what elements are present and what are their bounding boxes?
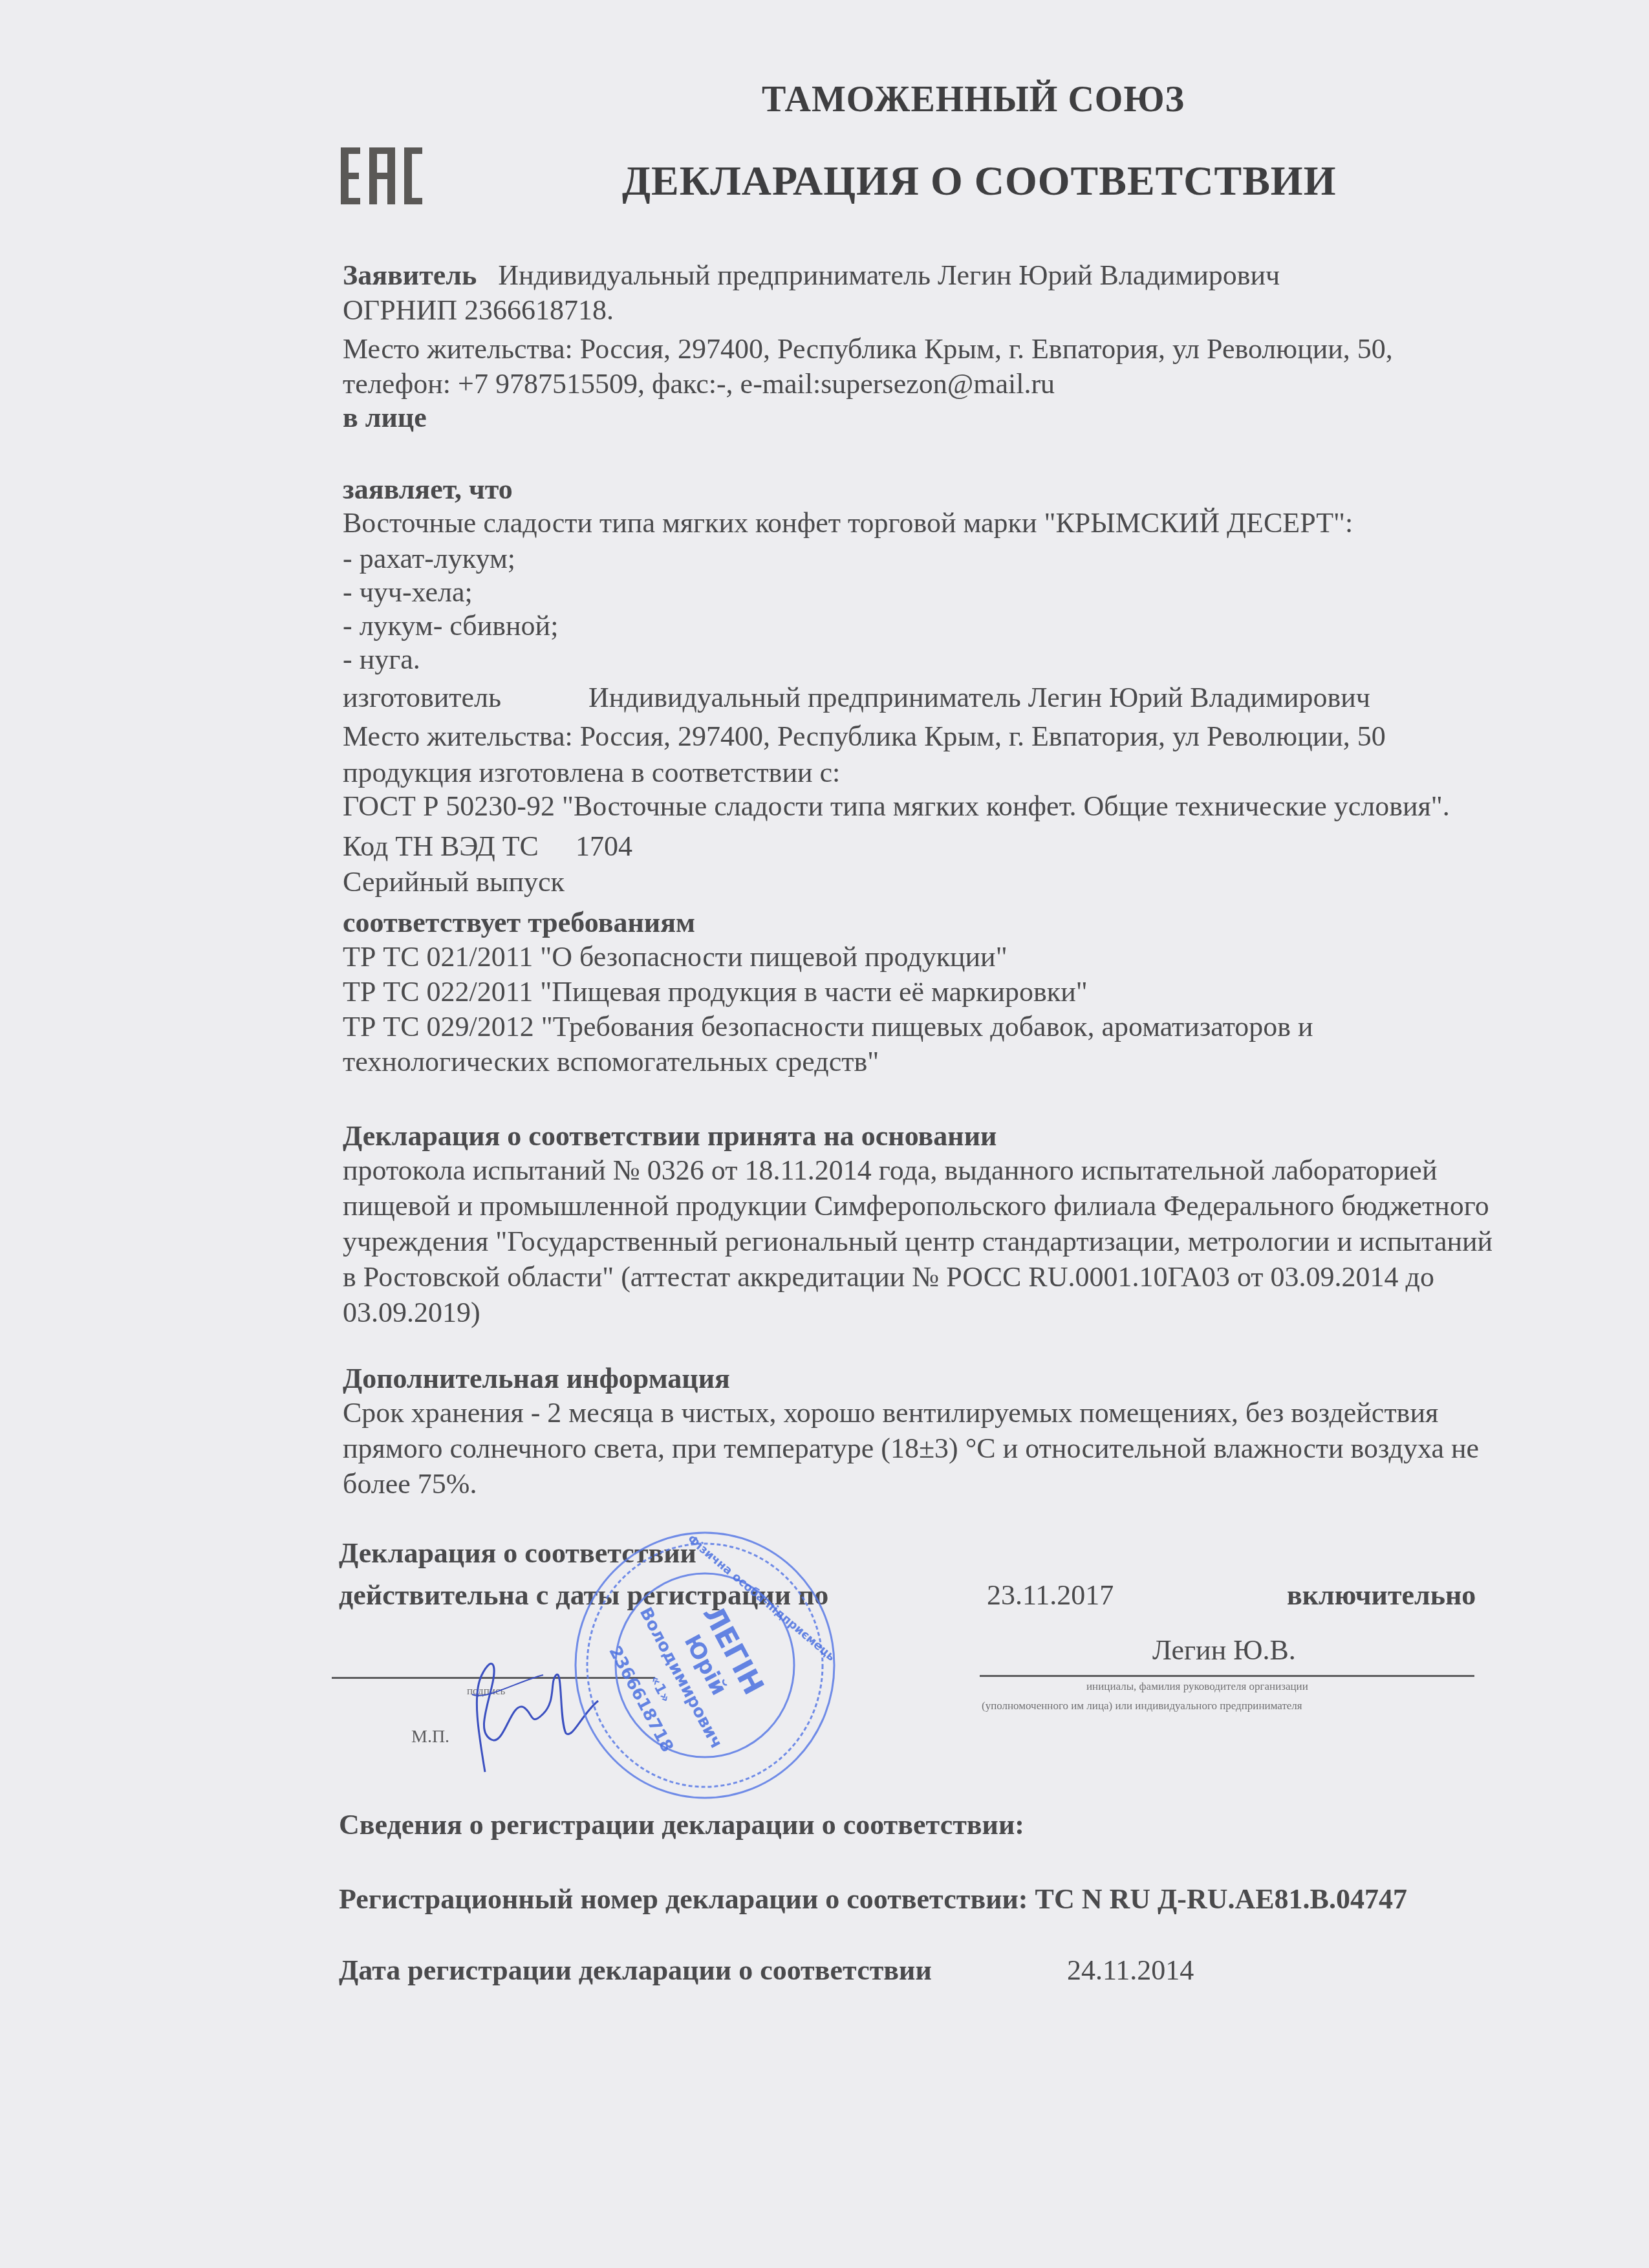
registration-number-label: Регистрационный номер декларации о соотв… bbox=[339, 1883, 1028, 1915]
requirement-item: ТР ТС 022/2011 "Пищевая продукция в част… bbox=[343, 978, 1088, 1006]
validity-inclusive: включительно bbox=[1287, 1581, 1476, 1610]
product-item: - лукум- сбивной; bbox=[343, 612, 558, 640]
registration-title: Сведения о регистрации декларации о соот… bbox=[339, 1811, 1024, 1839]
stamp-place-label: М.П. bbox=[411, 1727, 449, 1747]
serial-release: Серийный выпуск bbox=[343, 868, 565, 896]
additional-info-line: более 75%. bbox=[343, 1470, 477, 1498]
basis-line: в Ростовской области" (аттестат аккредит… bbox=[343, 1263, 1434, 1291]
represented-by-label: в лице bbox=[343, 404, 427, 432]
applicant-label: Заявитель bbox=[343, 259, 477, 291]
signer-line bbox=[980, 1675, 1474, 1677]
manufacturer-name: Индивидуальный предприниматель Легин Юри… bbox=[588, 684, 1370, 712]
basis-label: Декларация о соответствии принята на осн… bbox=[343, 1122, 997, 1150]
requirement-item: технологических вспомогательных средств" bbox=[343, 1048, 879, 1076]
signer-name: Легин Ю.В. bbox=[1152, 1636, 1296, 1665]
product-item: - чуч-хела; bbox=[343, 578, 473, 607]
registration-number-line: Регистрационный номер декларации о соотв… bbox=[339, 1885, 1407, 1914]
tnved-code-value: 1704 bbox=[576, 832, 632, 861]
manufacturer-label: изготовитель bbox=[343, 684, 501, 712]
validity-date: 23.11.2017 bbox=[987, 1581, 1114, 1610]
additional-info-line: прямого солнечного света, при температур… bbox=[343, 1434, 1479, 1463]
applicant-line: Заявитель Индивидуальный предприниматель… bbox=[343, 261, 1280, 290]
basis-line: пищевой и промышленной продукции Симферо… bbox=[343, 1192, 1489, 1220]
declares-label: заявляет, что bbox=[343, 475, 513, 504]
eac-mark-icon bbox=[339, 147, 424, 204]
basis-line: учреждения "Государственный региональный… bbox=[343, 1227, 1493, 1256]
signer-caption-1: инициалы, фамилия руководителя организац… bbox=[1086, 1680, 1308, 1693]
tnved-code-label: Код ТН ВЭД ТС bbox=[343, 832, 539, 861]
applicant-name: Индивидуальный предприниматель Легин Юри… bbox=[498, 259, 1280, 291]
registration-date-value: 24.11.2014 bbox=[1067, 1956, 1194, 1985]
applicant-ogrnip: ОГРНИП 2366618718. bbox=[343, 296, 614, 325]
requirement-item: ТР ТС 029/2012 "Требования безопасности … bbox=[343, 1013, 1313, 1041]
manufacturer-address: Место жительства: Россия, 297400, Респуб… bbox=[343, 722, 1386, 751]
registration-number-value: ТС N RU Д-RU.АЕ81.В.04747 bbox=[1035, 1883, 1407, 1915]
document-title: ДЕКЛАРАЦИЯ О СООТВЕТСТВИИ bbox=[622, 157, 1336, 205]
company-stamp-icon: Фізична особа-підприємець ЛЕГІН Юрій Вол… bbox=[540, 1520, 863, 1804]
basis-line: протокола испытаний № 0326 от 18.11.2014… bbox=[343, 1156, 1437, 1185]
product-item: - нуга. bbox=[343, 645, 420, 674]
registration-date-label: Дата регистрации декларации о соответств… bbox=[339, 1956, 932, 1985]
basis-line: 03.09.2019) bbox=[343, 1299, 480, 1327]
requirements-label: соответствует требованиям bbox=[343, 909, 695, 937]
product-standard: ГОСТ Р 50230-92 "Восточные сладости типа… bbox=[343, 792, 1450, 821]
product-item: - рахат-лукум; bbox=[343, 545, 515, 573]
signer-caption-2: (уполномоченного им лица) или индивидуал… bbox=[982, 1700, 1302, 1712]
requirement-item: ТР ТС 021/2011 "О безопасности пищевой п… bbox=[343, 943, 1008, 971]
additional-info-line: Срок хранения - 2 месяца в чистых, хорош… bbox=[343, 1399, 1438, 1427]
additional-info-label: Дополнительная информация bbox=[343, 1365, 730, 1393]
applicant-address: Место жительства: Россия, 297400, Респуб… bbox=[343, 335, 1393, 363]
product-description: Восточные сладости типа мягких конфет то… bbox=[343, 509, 1353, 537]
applicant-contacts: телефон: +7 9787515509, факс:-, e-mail:s… bbox=[343, 370, 1055, 398]
made-per-label: продукция изготовлена в соответствии с: bbox=[343, 759, 840, 787]
union-title: ТАМОЖЕННЫЙ СОЮЗ bbox=[762, 79, 1185, 120]
